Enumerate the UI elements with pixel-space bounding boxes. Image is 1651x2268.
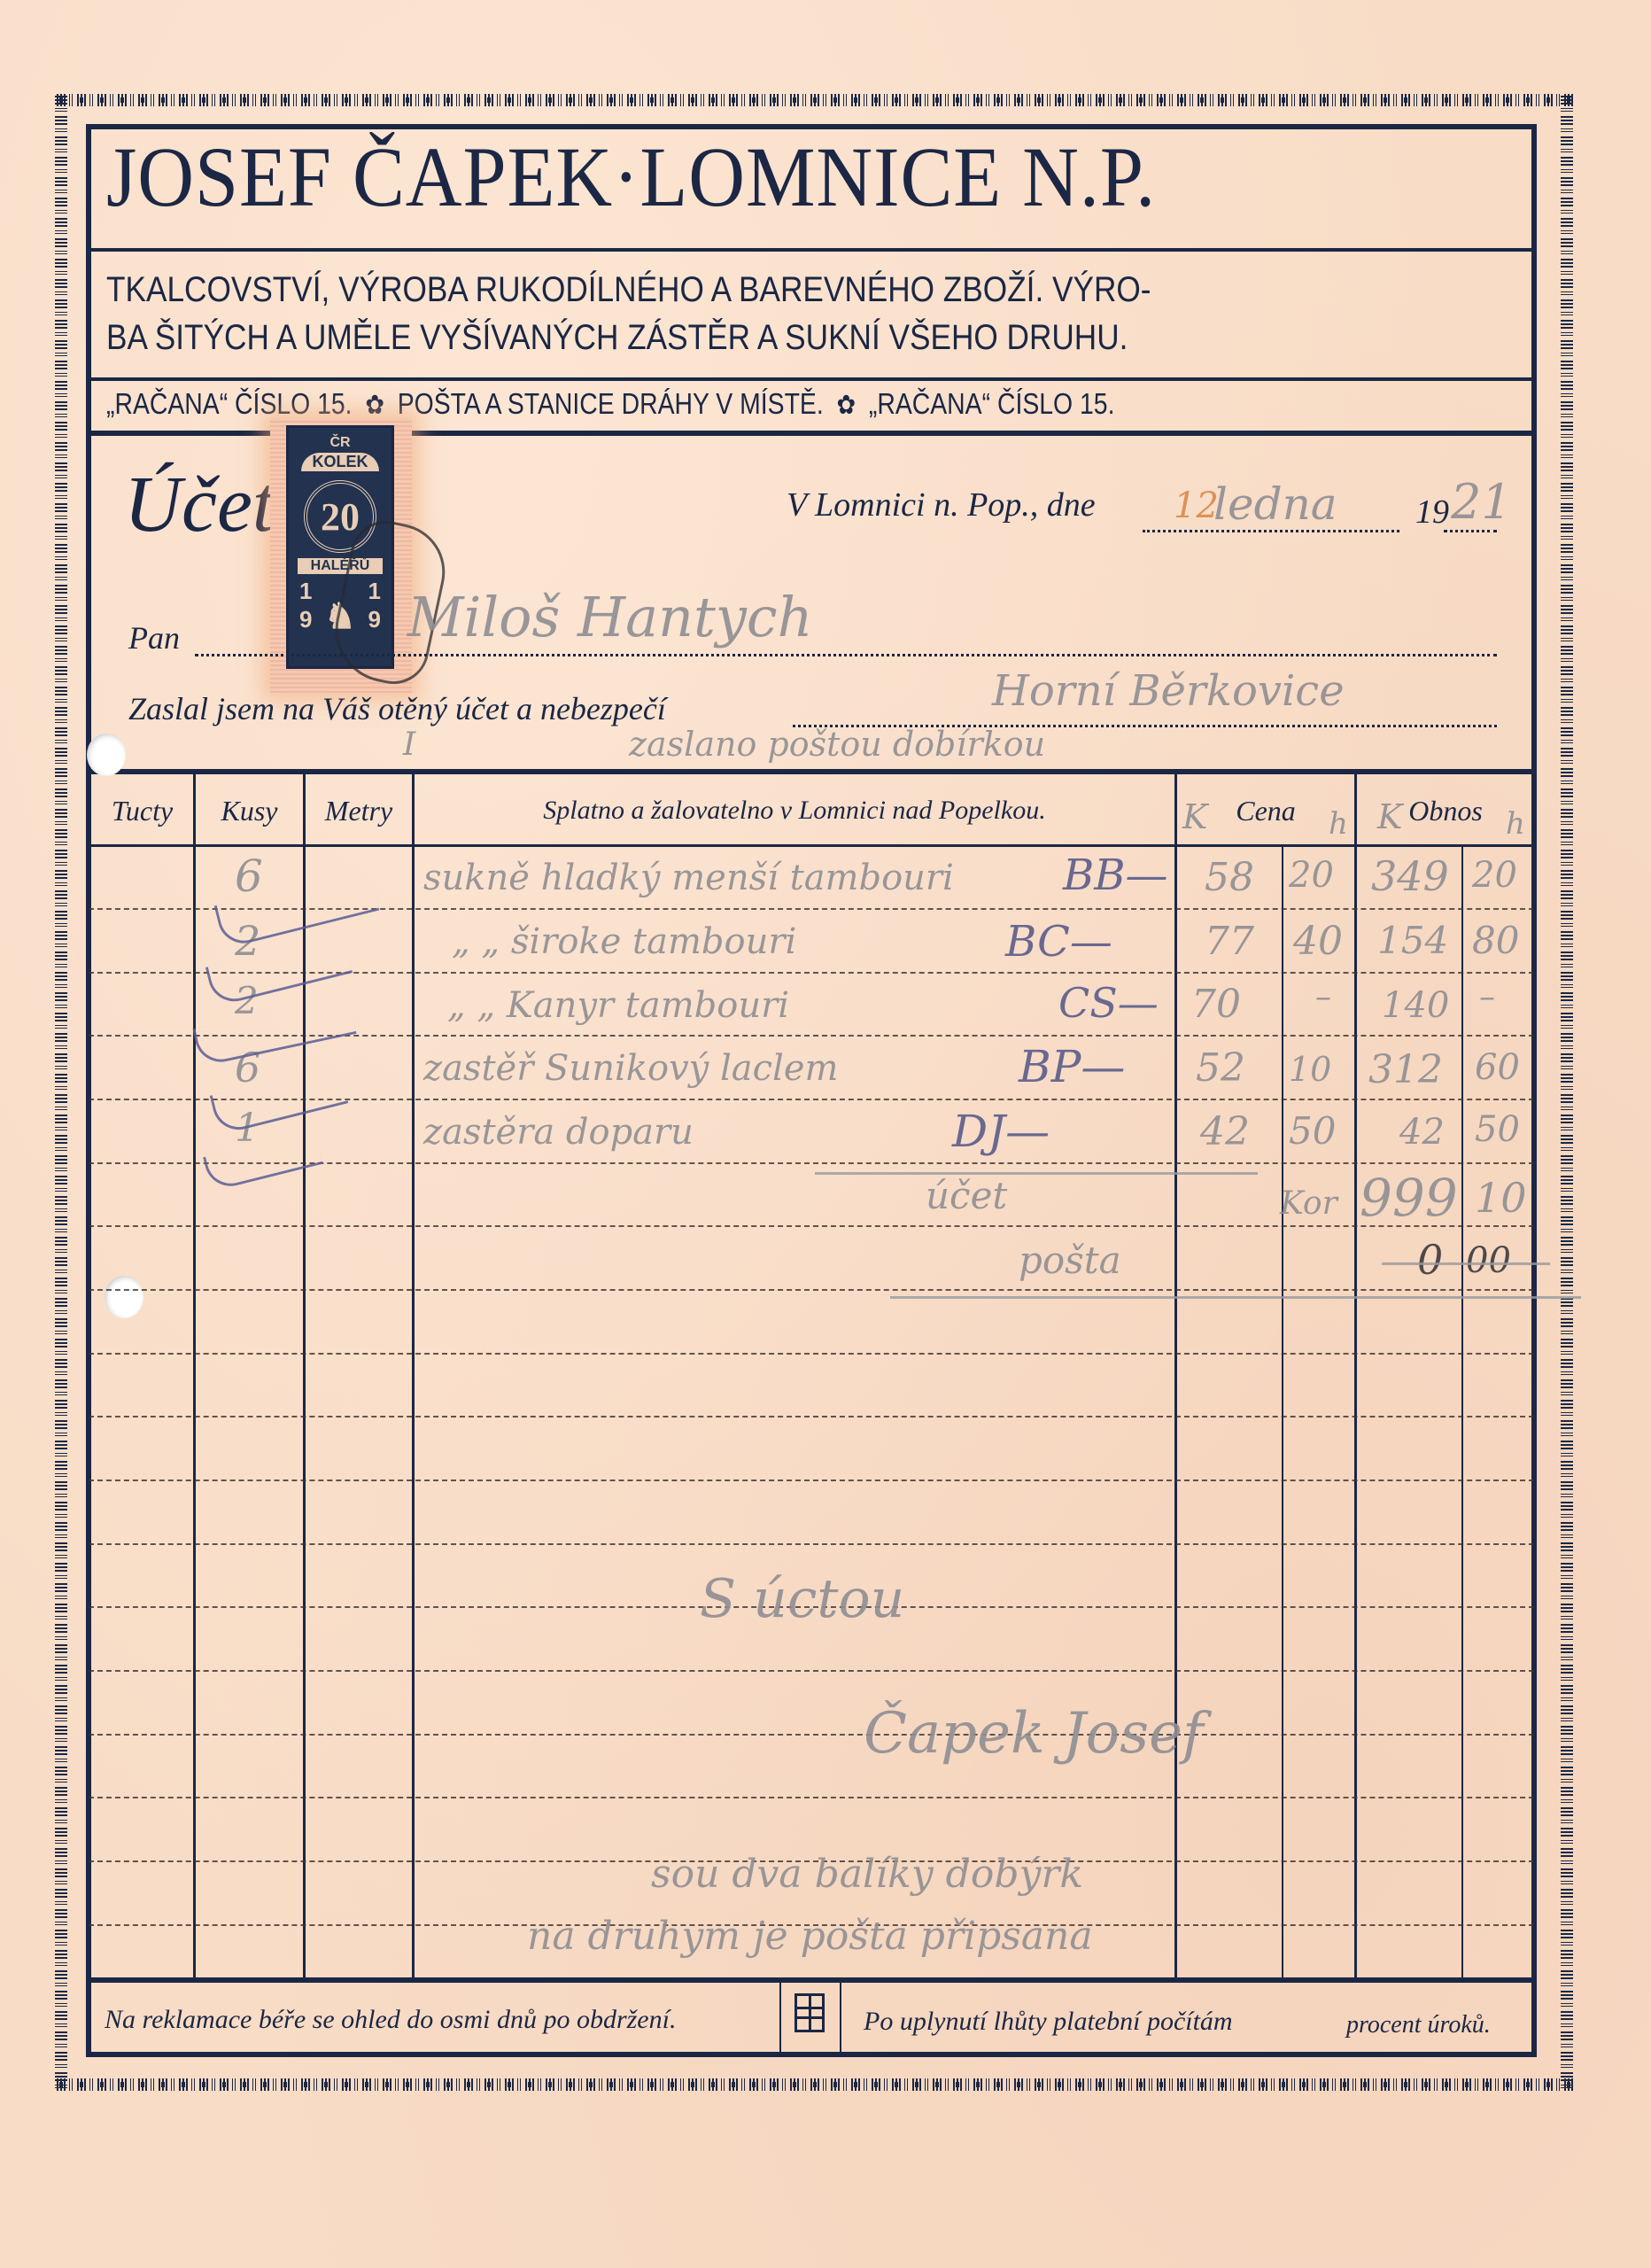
clover-ornament-icon: ✿ [359, 391, 390, 420]
date-prefix: V Lomnici n. Pop., dne [787, 486, 1096, 524]
date-year-handwritten: 21 [1451, 474, 1512, 530]
date-year-printed: 19 [1415, 493, 1449, 532]
description-line-2: BA ŠITÝCH A UMĚLE VYŠÍVANÝCH ZÁSTĚR A SU… [106, 314, 1353, 361]
row-line [89, 1543, 1534, 1545]
divider [89, 377, 1534, 381]
ucet-label: účet [926, 1174, 1007, 1217]
punch-hole [87, 734, 126, 776]
header-cena-h-mark: h [1329, 806, 1348, 842]
posta-label: pošta [1019, 1239, 1121, 1282]
row-cena-h: 40 [1293, 919, 1343, 964]
row-line [89, 1289, 1534, 1291]
row-obnos-k: 349 [1371, 852, 1449, 900]
column-divider [1174, 774, 1177, 1979]
posta-h: 00 [1466, 1240, 1511, 1281]
header-metry: Metry [306, 784, 412, 837]
row-line [89, 1734, 1534, 1736]
recipient-label: Pan [128, 616, 180, 660]
row-line [89, 1416, 1534, 1417]
row-obnos-k: 154 [1377, 919, 1448, 962]
footer-interest-suffix: procent úroků. [1346, 1999, 1491, 2052]
signature: Čapek Josef [864, 1701, 1204, 1767]
total-h: 10 [1475, 1174, 1527, 1222]
footer-interest-note: Po uplynutí lhůty platební počítám [864, 1995, 1233, 2048]
date-line: V Lomnici n. Pop., dne [787, 478, 1495, 532]
clover-ornament-icon: ✿ [831, 391, 862, 420]
row-obnos-h: – [1479, 979, 1495, 1015]
footer-divider [779, 1983, 781, 2054]
invoice-heading: Účet [124, 461, 275, 549]
row-obnos-k: 42 [1399, 1112, 1445, 1153]
header-rule [89, 844, 1534, 847]
row-cena-k: 58 [1205, 855, 1254, 900]
row-cena-k: 52 [1196, 1045, 1245, 1091]
row-line [89, 1670, 1534, 1672]
closing-greeting: S úctou [700, 1568, 904, 1630]
decorative-border-bottom [55, 2078, 1573, 2091]
row-obnos-k: 312 [1368, 1047, 1443, 1092]
row-line [89, 1353, 1534, 1355]
currency-label: Kor [1280, 1185, 1337, 1222]
shipping-note: zaslano poštou dobírkou [629, 725, 1045, 764]
address-left: „RAČANA“ ČÍSLO 15. [106, 387, 353, 420]
row-line [89, 1480, 1534, 1481]
posta-k: 0 [1417, 1236, 1443, 1284]
recipient-place: Horní Běrkovice [992, 666, 1345, 716]
row-obnos-h: 80 [1472, 919, 1519, 962]
row-description: „ „ široke tambouri [452, 921, 796, 962]
date-dotted-line [1143, 530, 1399, 532]
header-obnos-k-mark: K [1377, 797, 1402, 836]
footer-complaints-note: Na reklamace béře se ohled do osmi dnů p… [105, 1993, 676, 2047]
year-dotted-line [1444, 530, 1497, 532]
column-divider [1282, 846, 1283, 1979]
row-obnos-h: 50 [1475, 1109, 1520, 1150]
row-cena-h: 10 [1289, 1050, 1331, 1089]
sent-label: Zaslal jsem na Váš otěný účet a nebezpeč… [128, 687, 666, 731]
row-cena-k: 77 [1205, 919, 1254, 964]
header-obnos-h-mark: h [1506, 806, 1525, 842]
row-description: zastěra doparu [423, 1112, 694, 1153]
decorative-border-right [1561, 94, 1573, 2091]
row-code: DJ— [952, 1106, 1050, 1157]
column-divider [1461, 846, 1463, 1979]
column-divider [1354, 774, 1357, 1979]
header-description: Splatno a žalovatelno v Lomnici nad Pope… [415, 784, 1174, 837]
row-description: zastěř Sunikový laclem [423, 1048, 838, 1089]
date-month: ledna [1213, 478, 1337, 530]
row-cena-k: 42 [1200, 1109, 1250, 1154]
company-description: TKALCOVSTVÍ, VÝROBA RUKODÍLNÉHO A BAREVN… [106, 266, 1353, 361]
footer-top-rule [89, 1977, 1534, 1983]
note-line-1: sou dva balíky dobýrk [651, 1852, 1083, 1897]
stamp-label: KOLEK [301, 453, 379, 471]
roman-mark: I [403, 726, 415, 763]
row-obnos-k: 140 [1382, 985, 1449, 1026]
company-title: JOSEF ČAPEK·LOMNICE N.P. [106, 133, 1410, 221]
row-cena-h: 20 [1289, 855, 1334, 896]
row-obnos-h: 60 [1475, 1047, 1520, 1088]
address-center: POŠTA A STANICE DRÁHY V MÍSTĚ. [398, 387, 824, 420]
row-code: BB— [1063, 850, 1168, 900]
footer-ornament-icon [794, 1993, 825, 2032]
decorative-border-top [55, 94, 1573, 106]
column-divider [412, 774, 415, 1979]
row-code: BC— [1005, 917, 1112, 967]
recipient-name: Miloš Hantych [407, 585, 813, 649]
row-obnos-h: 20 [1472, 855, 1517, 896]
total-k: 999 [1360, 1168, 1458, 1228]
punch-hole [105, 1276, 143, 1318]
address-right: „RAČANA“ ČÍSLO 15. [869, 387, 1115, 420]
row-code: BP— [1019, 1041, 1125, 1092]
header-tucty: Tucty [91, 784, 193, 837]
decorative-border-left [55, 94, 67, 2091]
recipient-dotted-line [195, 654, 1497, 656]
column-divider [193, 774, 196, 1979]
stamp-country: ČR [289, 435, 391, 451]
divider [89, 248, 1534, 252]
description-line-1: TKALCOVSTVÍ, VÝROBA RUKODÍLNÉHO A BAREVN… [106, 266, 1353, 314]
row-line [89, 1797, 1534, 1798]
row-description: „ „ Kanyr tambouri [447, 985, 789, 1026]
header-cena-k-mark: K [1182, 797, 1207, 836]
row-description: sukně hladký menší tambouri [423, 858, 954, 898]
row-cena-h: – [1315, 979, 1331, 1015]
row-cena-k: 70 [1191, 982, 1241, 1027]
row-line [89, 1225, 1534, 1227]
note-line-2: na druhym je pošta připsana [527, 1914, 1093, 1959]
date-day: 12 [1174, 485, 1219, 526]
footer-divider [840, 1983, 841, 2054]
header-kusy: Kusy [196, 784, 303, 837]
row-code: CS— [1058, 979, 1159, 1027]
pencil-rule [815, 1172, 1258, 1175]
posta-strike [1382, 1262, 1550, 1265]
row-cena-h: 50 [1289, 1109, 1336, 1153]
pencil-rule [890, 1296, 1581, 1299]
